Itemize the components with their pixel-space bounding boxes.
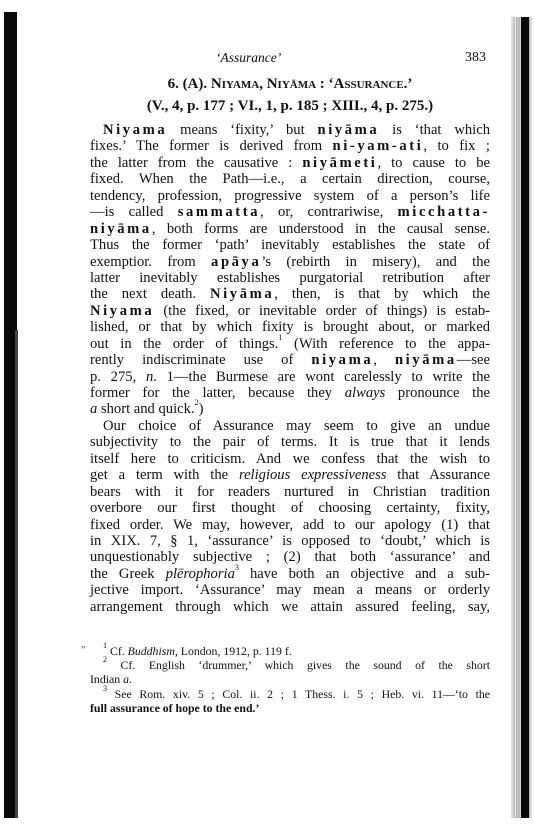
footnote-ref-2: 2	[195, 398, 199, 407]
body-line: arrangement through which we attain assu…	[90, 599, 490, 615]
section-heading: 6. (A). Niyama, Niyāma : ‘Assurance.’	[90, 76, 490, 93]
body-line: exemptior. from apāya’s (rebirth in mise…	[90, 254, 490, 270]
term-niyaama: Niyāma	[267, 76, 316, 92]
section-number: 6. (A).	[168, 76, 211, 92]
body-line: Niyama (the fixed, or inevitable order o…	[90, 303, 490, 319]
body-line: fixed. When the Path—i.e., a certain dir…	[90, 171, 490, 187]
body-line: former for the latter, because they alwa…	[90, 385, 490, 401]
footnote-2-cont: Indian a.	[90, 672, 490, 686]
separator-colon: :	[316, 76, 329, 92]
separator: ,	[259, 76, 267, 92]
body-line: lished, or that by which fixity is broug…	[90, 319, 490, 335]
margin-mark: ”	[81, 644, 85, 658]
term-niyama: Niyama	[211, 76, 259, 92]
body-line: niyāma, both forms are understood in the…	[90, 221, 490, 237]
body-line: jective import. ‘Assurance’ may mean a m…	[90, 582, 490, 598]
body-text: Niyama means ‘fixity,’ but niyāma is ‘th…	[90, 122, 490, 615]
body-line: —is called sammatta, or, contrariwise, m…	[90, 204, 490, 220]
body-line: Niyama means ‘fixity,’ but niyāma is ‘th…	[90, 122, 490, 138]
body-line: fixes.’ The former is derived from ni-ya…	[90, 138, 490, 154]
body-line: overbore our first thought of choosing c…	[90, 500, 490, 516]
footnote-1: 1 Cf. Buddhism, London, 1912, p. 119 f.	[90, 644, 490, 658]
section-references: (V., 4, p. 177 ; VI., 1, p. 185 ; XIII.,…	[90, 98, 490, 115]
body-line: the Greek plērophoria3 have both an obje…	[90, 566, 490, 582]
body-line: tendency, profession, progressive system…	[90, 188, 490, 204]
body-line: get a term with the religious expressive…	[90, 467, 490, 483]
body-line: out in the order of things.1 (With refer…	[90, 336, 490, 352]
body-line: unquestionably subjective ; (2) that bot…	[90, 549, 490, 565]
body-line: itself here to criticism. And we confess…	[90, 451, 490, 467]
term-assurance: ‘Assurance.’	[329, 76, 413, 92]
running-head: ‘Assurance’ 383	[90, 50, 490, 66]
references-text: (V., 4, p. 177 ; VI., 1, p. 185 ; XIII.,…	[147, 98, 433, 114]
body-line: Our choice of Assurance may seem to give…	[90, 418, 490, 434]
body-line: the next death. Niyāma, then, is that by…	[90, 286, 490, 302]
footnotes: ” 1 Cf. Buddhism, London, 1912, p. 119 f…	[90, 644, 490, 715]
body-line: Thus the former ‘path’ inevitably establ…	[90, 237, 490, 253]
body-line: p. 275, n. 1—the Burmese are wont carele…	[90, 369, 490, 385]
body-line: in XIX. 7, § 1, ‘assurance’ is opposed t…	[90, 533, 490, 549]
page-number: 383	[465, 50, 486, 66]
body-line: fixed order. We may, however, add to our…	[90, 517, 490, 533]
body-line: the latter from the causative : niyāmeti…	[90, 155, 490, 171]
footnote-3: 3 See Rom. xiv. 5 ; Col. ii. 2 ; 1 Thess…	[90, 687, 490, 701]
footnote-2: 2 Cf. English ‘drummer,’ which gives the…	[90, 658, 490, 672]
running-title: ‘Assurance’	[216, 50, 281, 66]
body-line: a short and quick.2)	[90, 401, 490, 417]
body-line: subjectivity to the pair of terms. It is…	[90, 434, 490, 450]
footnote-3-cont: full assurance of hope to the end.’	[90, 701, 490, 715]
body-line: latter inevitably establishes purgatoria…	[90, 270, 490, 286]
body-line: bears with it for readers nurtured in Ch…	[90, 484, 490, 500]
scan-left-edge-fade	[15, 330, 18, 818]
footnote-ref-1: 1	[278, 333, 282, 342]
body-line: rently indiscriminate use of niyama, niy…	[90, 352, 490, 368]
footnote-ref-3: 3	[235, 563, 239, 572]
scan-binding-shadow	[521, 17, 529, 818]
